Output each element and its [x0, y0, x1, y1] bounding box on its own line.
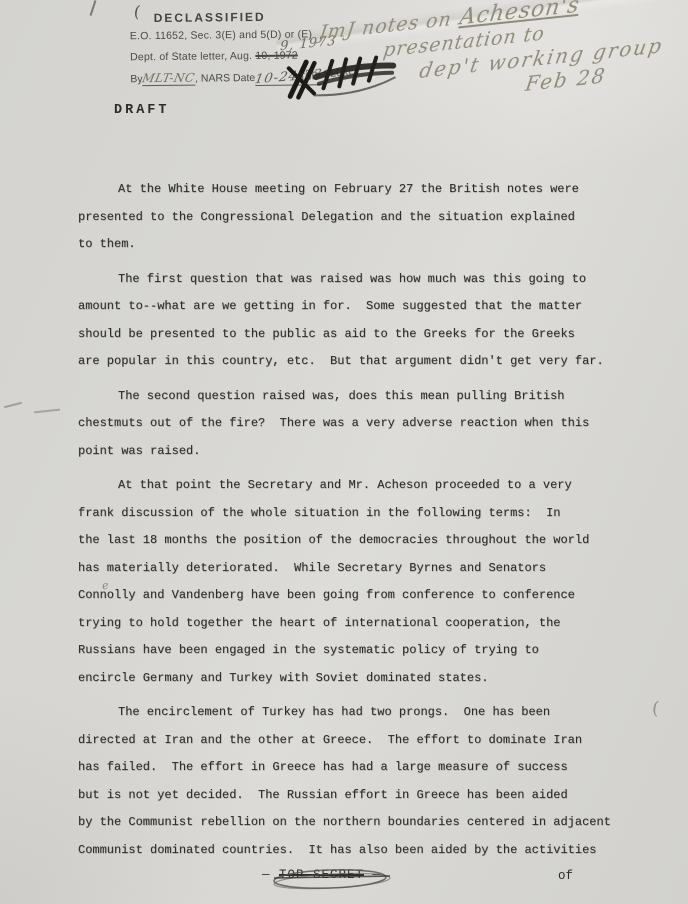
- paragraph-5: The encirclement of Turkey has had two p…: [78, 699, 630, 864]
- scanned-document-page: ( ( DECLASSIFIED E.O. 11652, Sec. 3(E) a…: [0, 0, 688, 904]
- stray-pen-mark: [90, 0, 97, 16]
- footer-page-word: of: [558, 869, 573, 883]
- handwritten-signature: MLT-NC: [141, 71, 196, 86]
- margin-pencil-dash: [34, 409, 60, 413]
- margin-pencil-dash: [4, 402, 22, 408]
- paragraph-4: At that point the Secretary and Mr. Ache…: [78, 472, 630, 692]
- pencil-note: JmJ notes onAcheson's presentation to de…: [318, 0, 686, 117]
- stamp-letter-prefix: Dept. of State letter, Aug.: [130, 50, 255, 63]
- margin-paren-mark: (: [651, 698, 660, 720]
- paragraph-2: The first question that was raised was h…: [78, 266, 630, 376]
- pencil-correction-mark: e: [101, 579, 110, 593]
- draft-label: DRAFT: [114, 103, 170, 118]
- stamp-nars-label: , NARS Date: [195, 72, 255, 85]
- footer-top-secret: — TOP SECRET —: [262, 868, 412, 894]
- paragraph-1: At the White House meeting on February 2…: [78, 176, 630, 259]
- footer-scribble-oval: [270, 864, 400, 894]
- paragraph-3: The second question raised was, does thi…: [78, 383, 630, 466]
- document-body: At the White House meeting on February 2…: [78, 176, 630, 871]
